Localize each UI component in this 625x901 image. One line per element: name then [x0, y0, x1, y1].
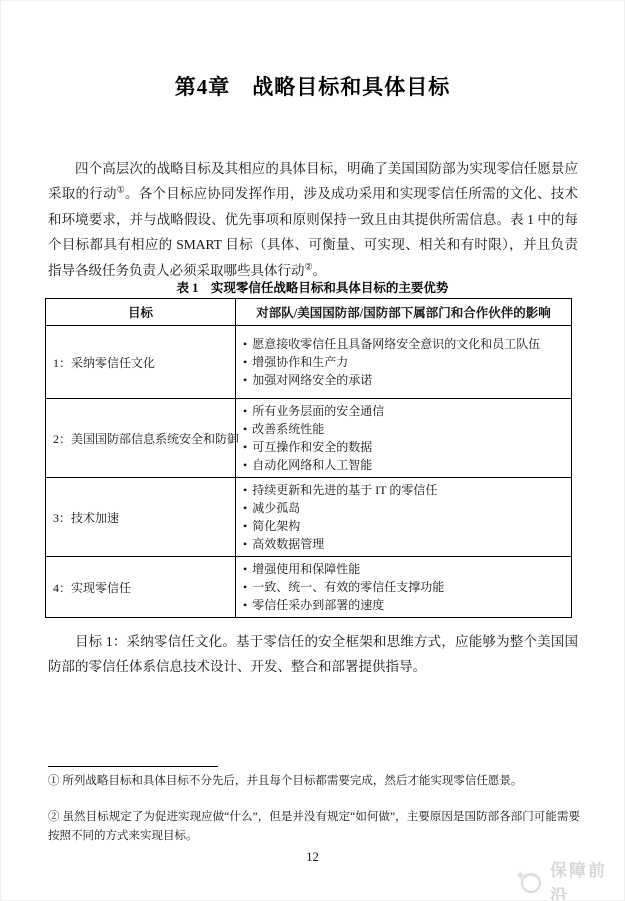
publisher-watermark: 保障前沿 — [513, 856, 624, 901]
impact-item: •改善系统性能 — [243, 420, 565, 438]
impact-item: •所有业务层面的安全通信 — [243, 402, 565, 420]
impact-cell: •增强使用和保障性能 •一致、统一、有效的零信任支撑功能 •零信任采办到部署的速… — [236, 557, 572, 618]
footnote-ref-1: ① — [117, 185, 125, 195]
bullet-icon: • — [243, 483, 247, 497]
document-page: 第4章 战略目标和具体目标 四个高层次的战略目标及其相应的具体目标，明确了美国国… — [0, 0, 625, 901]
impact-item: •持续更新和先进的基于 IT 的零信任 — [243, 481, 565, 499]
bullet-icon: • — [243, 501, 247, 515]
goal-cell: 3：技术加速 — [46, 478, 236, 557]
intro-text-3: 。 — [313, 263, 327, 278]
bullet-icon: • — [243, 537, 247, 551]
impact-text: 高效数据管理 — [252, 537, 324, 551]
bullet-icon: • — [243, 440, 247, 454]
bullet-icon: • — [243, 519, 247, 533]
impact-item: •减少孤岛 — [243, 499, 565, 517]
footnote-2: ② 虽然目标规定了为促进实现应做“什么”，但是并没有规定“如何做”，主要原因是国… — [48, 808, 580, 845]
bullet-icon: • — [243, 562, 247, 576]
impact-text: 零信任采办到部署的速度 — [252, 598, 384, 612]
impact-text: 可互操作和安全的数据 — [252, 440, 372, 454]
footnote-1: ① 所列战略目标和具体目标不分先后，并且每个目标都需要完成，然后才能实现零信任愿… — [48, 772, 580, 791]
goals-table-container: 目标 对部队/美国国防部/国防部下属部门和合作伙伴的影响 1：采纳零信任文化 •… — [45, 298, 572, 618]
goal-cell: 1：采纳零信任文化 — [46, 326, 236, 399]
table-header-row: 目标 对部队/美国国防部/国防部下属部门和合作伙伴的影响 — [46, 299, 572, 326]
impact-text: 所有业务层面的安全通信 — [252, 404, 384, 418]
table-row: 1：采纳零信任文化 •愿意接收零信任且具备网络安全意识的文化和员工队伍 •增强协… — [46, 326, 572, 399]
publisher-name: 保障前沿 — [550, 856, 624, 901]
impact-item: •愿意接收零信任且具备网络安全意识的文化和员工队伍 — [243, 335, 565, 353]
impact-text: 减少孤岛 — [252, 501, 300, 515]
impact-item: •零信任采办到部署的速度 — [243, 596, 565, 614]
bullet-icon: • — [243, 337, 247, 351]
impact-item: •加强对网络安全的承诺 — [243, 371, 565, 389]
footnote-separator — [48, 766, 218, 767]
impact-item: •自动化网络和人工智能 — [243, 456, 565, 474]
goals-table: 目标 对部队/美国国防部/国防部下属部门和合作伙伴的影响 1：采纳零信任文化 •… — [45, 298, 572, 618]
goal-cell: 2：美国国防部信息系统安全和防御 — [46, 399, 236, 478]
bullet-icon: • — [243, 458, 247, 472]
table-row: 2：美国国防部信息系统安全和防御 •所有业务层面的安全通信 •改善系统性能 •可… — [46, 399, 572, 478]
impact-text: 自动化网络和人工智能 — [252, 458, 372, 472]
impact-cell: •持续更新和先进的基于 IT 的零信任 •减少孤岛 •简化架构 •高效数据管理 — [236, 478, 572, 557]
impact-item: •增强使用和保障性能 — [243, 560, 565, 578]
footnote-ref-2: ② — [305, 261, 313, 271]
publisher-logo-icon — [513, 865, 545, 897]
table-row: 3：技术加速 •持续更新和先进的基于 IT 的零信任 •减少孤岛 •简化架构 •… — [46, 478, 572, 557]
impact-text: 增强协作和生产力 — [252, 355, 348, 369]
bullet-icon: • — [243, 373, 247, 387]
goal-cell: 4：实现零信任 — [46, 557, 236, 618]
table-header-goal: 目标 — [46, 299, 236, 326]
impact-text: 改善系统性能 — [252, 422, 324, 436]
impact-text: 愿意接收零信任且具备网络安全意识的文化和员工队伍 — [252, 337, 540, 351]
impact-text: 加强对网络安全的承诺 — [252, 373, 372, 387]
bullet-icon: • — [243, 404, 247, 418]
impact-text: 持续更新和先进的基于 IT 的零信任 — [252, 483, 437, 497]
goal1-paragraph: 目标 1：采纳零信任文化。基于零信任的安全框架和思维方式，应能够为整个美国国防部… — [48, 629, 578, 680]
impact-item: •增强协作和生产力 — [243, 353, 565, 371]
impact-text: 增强使用和保障性能 — [252, 562, 360, 576]
table-header-impact: 对部队/美国国防部/国防部下属部门和合作伙伴的影响 — [236, 299, 572, 326]
bullet-icon: • — [243, 580, 247, 594]
table-row: 4：实现零信任 •增强使用和保障性能 •一致、统一、有效的零信任支撑功能 •零信… — [46, 557, 572, 618]
impact-cell: •所有业务层面的安全通信 •改善系统性能 •可互操作和安全的数据 •自动化网络和… — [236, 399, 572, 478]
chapter-title: 第4章 战略目标和具体目标 — [1, 71, 624, 101]
bullet-icon: • — [243, 598, 247, 612]
bullet-icon: • — [243, 355, 247, 369]
impact-item: •一致、统一、有效的零信任支撑功能 — [243, 578, 565, 596]
impact-cell: •愿意接收零信任且具备网络安全意识的文化和员工队伍 •增强协作和生产力 •加强对… — [236, 326, 572, 399]
impact-item: •可互操作和安全的数据 — [243, 438, 565, 456]
impact-item: •高效数据管理 — [243, 535, 565, 553]
impact-text: 一致、统一、有效的零信任支撑功能 — [252, 580, 444, 594]
impact-text: 简化架构 — [252, 519, 300, 533]
impact-item: •简化架构 — [243, 517, 565, 535]
bullet-icon: • — [243, 422, 247, 436]
table-caption: 表 1 实现零信任战略目标和具体目标的主要优势 — [1, 278, 624, 296]
intro-paragraph: 四个高层次的战略目标及其相应的具体目标，明确了美国国防部为实现零信任愿景应采取的… — [48, 156, 578, 284]
